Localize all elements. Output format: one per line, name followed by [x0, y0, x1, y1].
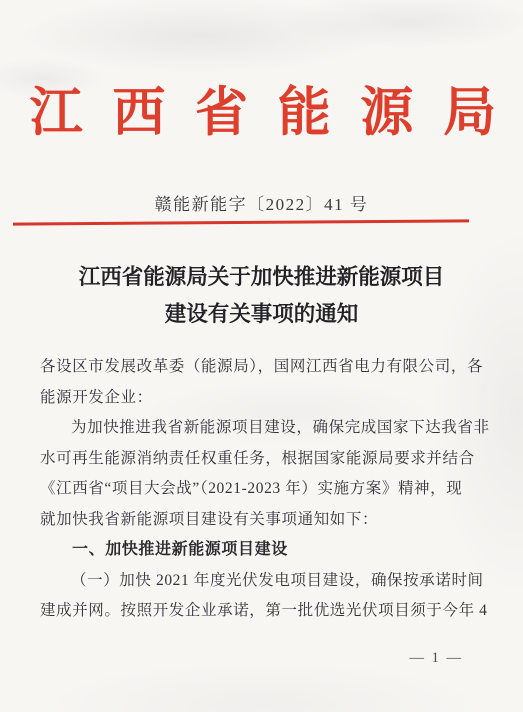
salutation-line-2: 能源开发企业： [40, 383, 486, 414]
page-number: — 1 — [410, 650, 464, 667]
paragraph-1-line-4: 就加快我省新能源项目建设有关事项通知如下： [40, 505, 486, 536]
paragraph-1-line-1: 为加快推进我省新能源项目建设，确保完成国家下达我省非 [40, 413, 486, 444]
document-number: 赣能新能字〔2022〕41 号 [0, 190, 523, 215]
paragraph-2-line-1: （一）加快 2021 年度光伏发电项目建设，确保按承诺时间 [40, 566, 486, 597]
notice-title: 江西省能源局关于加快推进新能源项目 建设有关事项的通知 [0, 259, 523, 333]
document-page: 江西省能源局 赣能新能字〔2022〕41 号 江西省能源局关于加快推进新能源项目… [0, 0, 523, 712]
notice-title-line-2: 建设有关事项的通知 [0, 296, 523, 333]
agency-title: 江西省能源局 [0, 82, 523, 144]
document-body: 各设区市发展改革委（能源局），国网江西省电力有限公司，各 能源开发企业： 为加快… [40, 352, 486, 627]
section-heading: 一、加快推进新能源项目建设 [40, 535, 486, 566]
notice-title-line-1: 江西省能源局关于加快推进新能源项目 [0, 259, 523, 296]
paragraph-1-line-2: 水可再生能源消纳责任权重任务，根据国家能源局要求并结合 [40, 444, 486, 475]
paragraph-1-line-3: 《江西省“项目大会战”（2021-2023 年）实施方案》精神，现 [40, 474, 486, 505]
red-divider-line [13, 219, 469, 225]
paragraph-2-line-2: 建成并网。按照开发企业承诺，第一批优选光伏项目须于今年 4 [40, 596, 486, 627]
salutation-line-1: 各设区市发展改革委（能源局），国网江西省电力有限公司，各 [40, 352, 486, 383]
